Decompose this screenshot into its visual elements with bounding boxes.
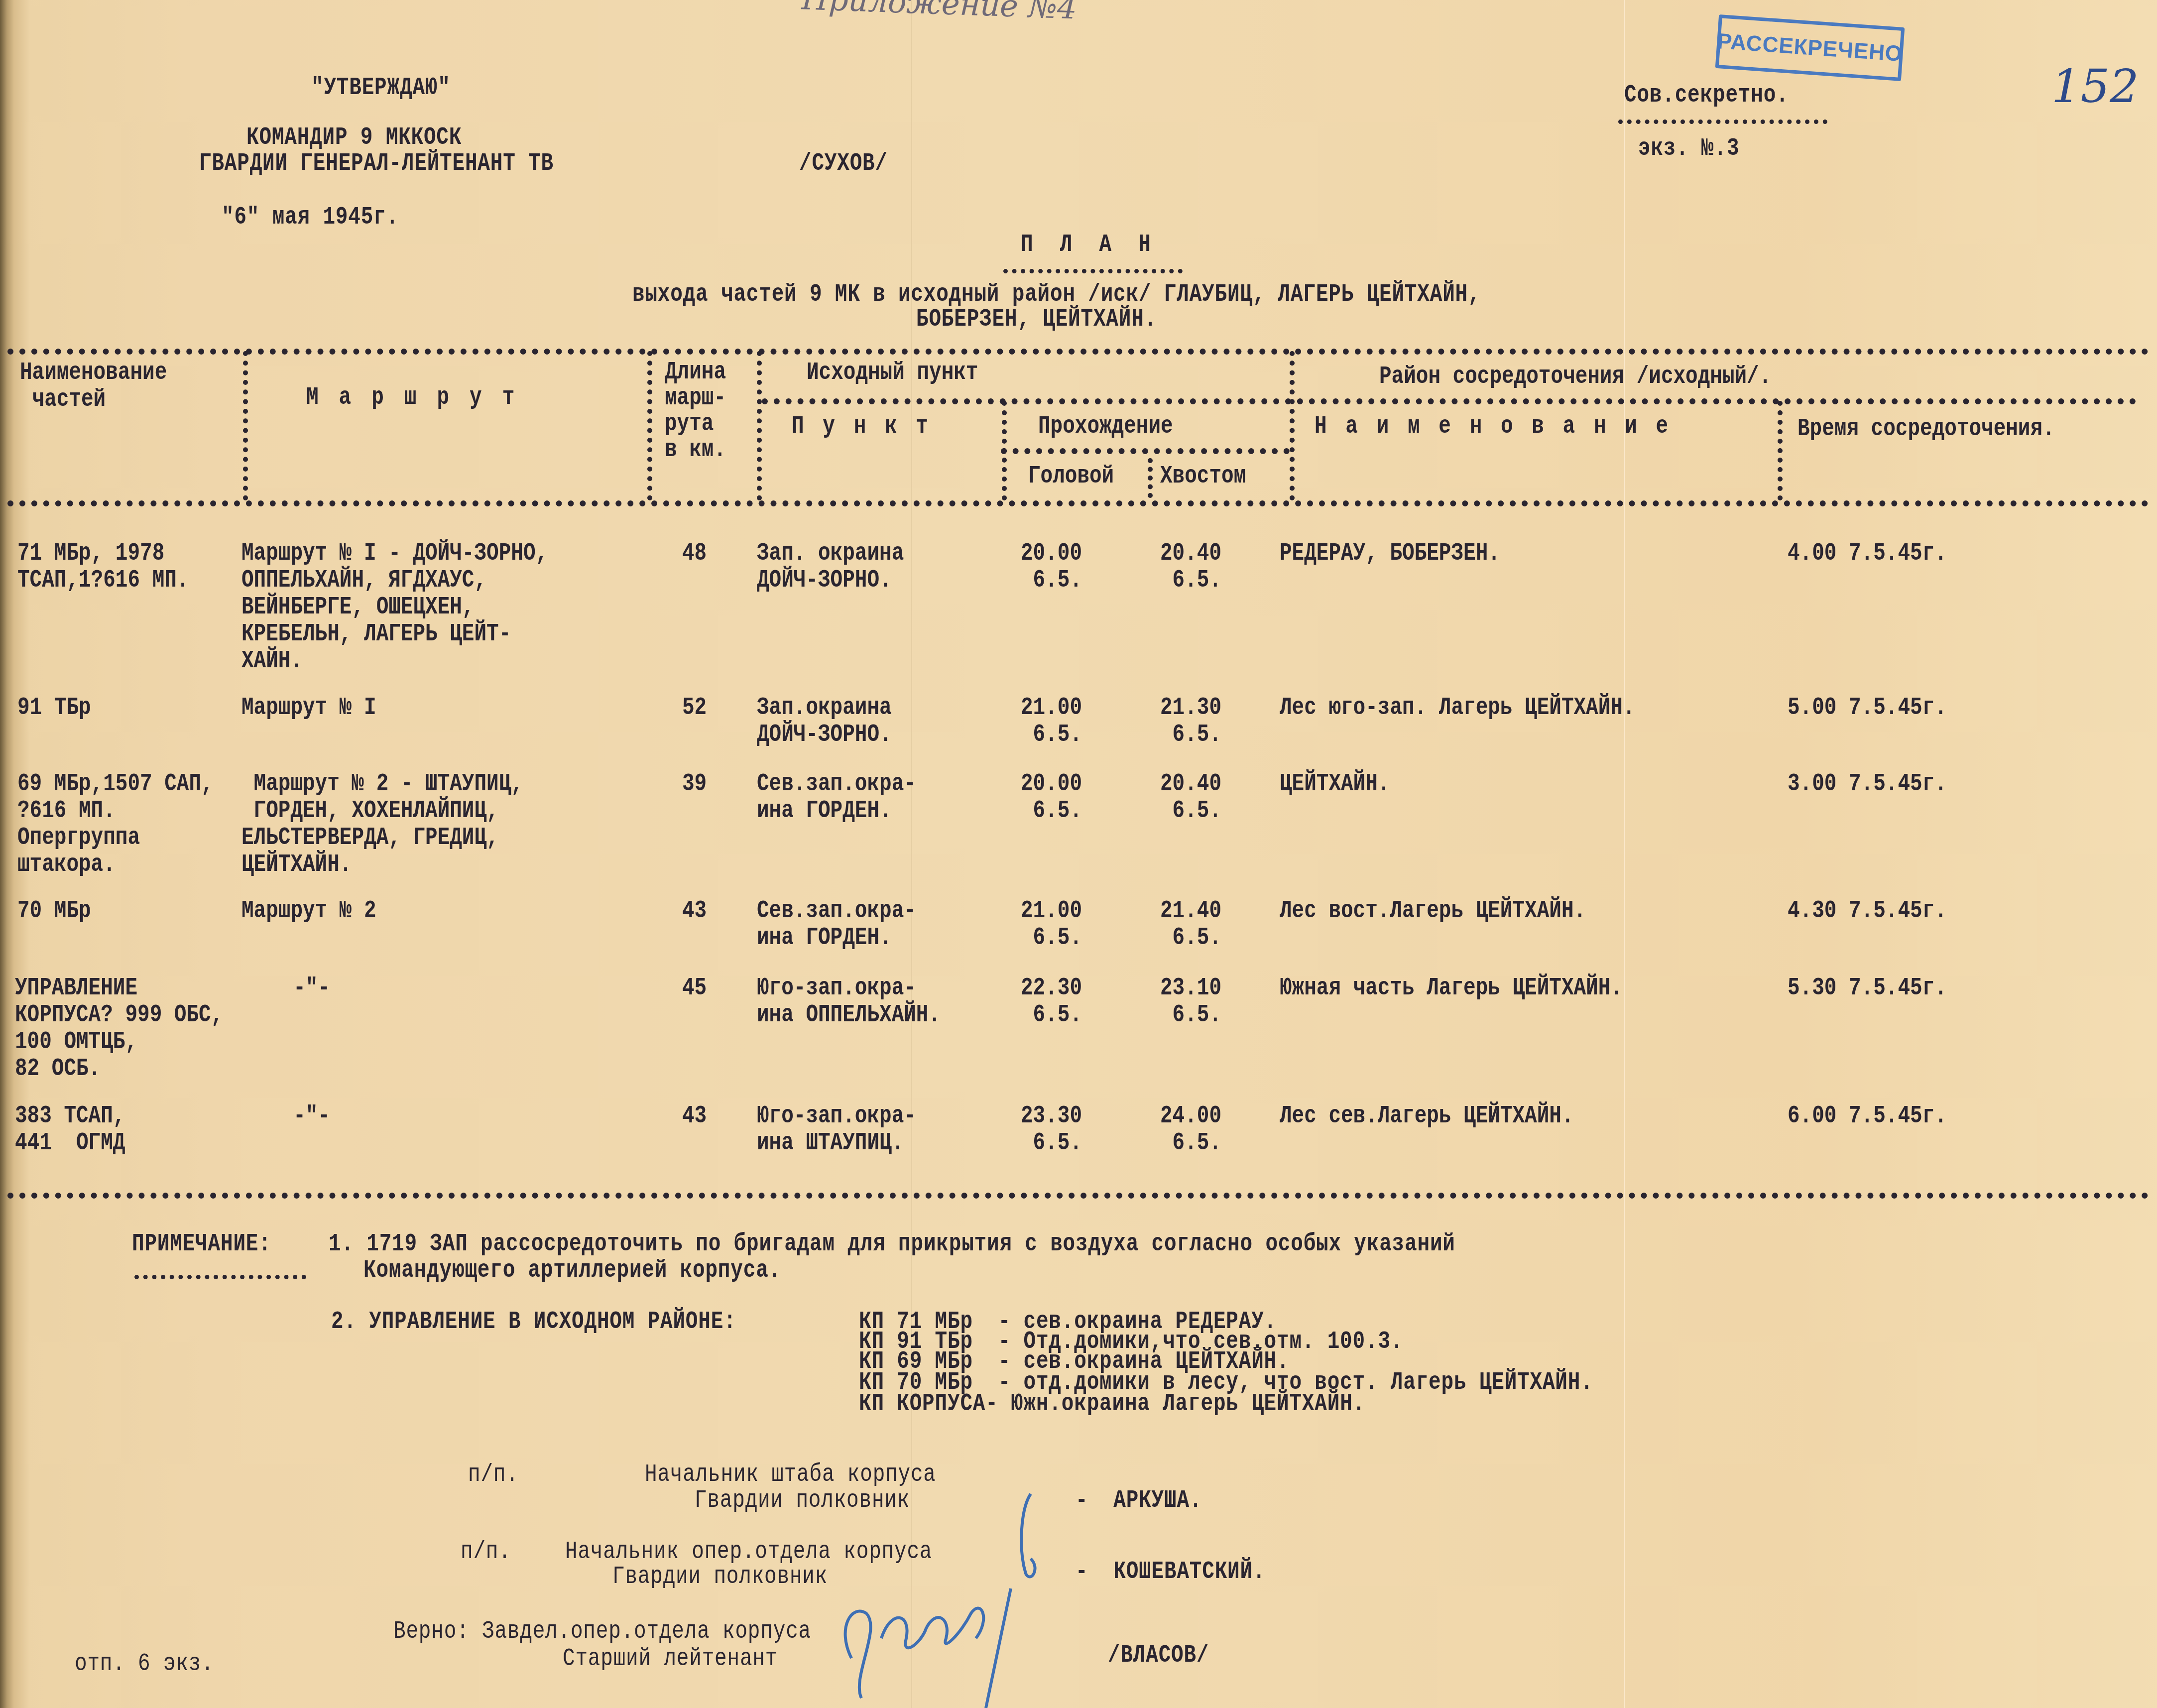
note-1-line2: Командующего артиллерией корпуса.: [363, 1257, 781, 1284]
column-divider: [1778, 401, 1783, 500]
cp-unit: КП КОРПУСА-: [859, 1390, 998, 1418]
row-start-point: Юго-зап.окра- ина ОППЕЛЬХАЙН.: [757, 975, 941, 1029]
copies-note: отп. 6 экз.: [75, 1651, 214, 1678]
row-head-time: 21.00 6.5.: [1021, 898, 1082, 952]
notes-label: ПРИМЕЧАНИЕ:: [132, 1231, 271, 1258]
row-length: 39: [682, 771, 707, 798]
approval-signatory: /СУХОВ/: [799, 150, 888, 177]
cp-location: Южн.окраина Лагерь ЦЕЙТХАЙН.: [1011, 1390, 1365, 1418]
row-length: 52: [682, 695, 707, 722]
row-start-point: Сев.зап.окра- ина ГОРДЕН.: [757, 771, 916, 825]
row-length: 43: [682, 1103, 707, 1130]
row-area: РЕДЕРАУ, БОБЕРЗЕН.: [1280, 540, 1500, 567]
command-post-item: КП КОРПУСА- Южн.окраина Лагерь ЦЕЙТХАЙН.: [859, 1391, 1365, 1418]
row-tail-time: 21.40 6.5.: [1160, 898, 1221, 952]
table-top-border: [7, 349, 2149, 355]
header-point: П у н к т: [792, 413, 931, 440]
column-divider: [647, 351, 652, 500]
row-head-time: 21.00 6.5.: [1021, 695, 1082, 748]
title-underline: [1003, 269, 1183, 273]
row-tail-time: 24.00 6.5.: [1160, 1103, 1221, 1157]
column-divider: [1002, 401, 1007, 500]
sig2-title-line2: Гвардии полковник: [612, 1564, 828, 1590]
column-divider: [1290, 351, 1295, 500]
row-tail-time: 23.10 6.5.: [1160, 975, 1221, 1029]
header-area-name: Н а и м е н о в а н и е: [1315, 413, 1672, 440]
row-area: Лес вост.Лагерь ЦЕЙТХАЙН.: [1280, 898, 1586, 925]
document-title: П Л А Н: [1021, 232, 1158, 258]
row-route: Маршрут № I: [241, 695, 376, 722]
header-length: Длина марш- рута в км.: [665, 360, 726, 463]
sig1-per-procura: п/п.: [468, 1462, 519, 1488]
row-head-time: 23.30 6.5.: [1021, 1103, 1082, 1157]
row-units: 71 МБр, 1978 ТСАП,1?616 МП.: [17, 540, 189, 594]
header-start-point-group: Исходный пункт: [807, 360, 978, 386]
approval-line-rank: ГВАРДИИ ГЕНЕРАЛ-ЛЕЙТЕНАНТ ТВ: [199, 150, 554, 177]
approval-date: "6" мая 1945г.: [222, 204, 399, 231]
row-time: 3.00 7.5.45г.: [1788, 771, 1947, 798]
row-start-point: Зап. окраина ДОЙЧ-ЗОРНО.: [757, 540, 904, 594]
row-route: Маршрут № 2 - ШТАУПИЦ, ГОРДЕН, ХОХЕНЛАЙП…: [241, 771, 523, 878]
row-time: 4.00 7.5.45г.: [1788, 540, 1947, 567]
row-length: 43: [682, 898, 707, 925]
column-divider: [757, 351, 762, 500]
sig2-per-procura: п/п.: [461, 1539, 511, 1566]
row-route: -"-: [269, 1103, 330, 1130]
passage-subheader-divider: [1001, 448, 1290, 454]
copy-number: экз. №.3: [1638, 135, 1739, 162]
verify-title-line1: Верно: Завдел.опер.отдела корпуса: [393, 1618, 811, 1645]
header-units: Наименование частей: [20, 360, 167, 413]
row-time: 5.30 7.5.45г.: [1788, 975, 1947, 1002]
row-area: Лес юго-зап. Лагерь ЦЕЙТХАЙН.: [1280, 695, 1635, 722]
row-start-point: Юго-зап.окра- ина ШТАУПИЦ.: [757, 1103, 916, 1157]
page-number: 152: [2051, 60, 2139, 113]
row-units: 69 МБр,1507 САП, ?616 МП. Опергруппа шта…: [17, 771, 214, 878]
header-route: М а р ш р у т: [306, 384, 518, 411]
row-time: 6.00 7.5.45г.: [1788, 1103, 1947, 1130]
row-start-point: Сев.зап.окра- ина ГОРДЕН.: [757, 898, 916, 952]
approval-line-commander: КОМАНДИР 9 МККОСК: [246, 124, 462, 151]
paper-fold: [911, 0, 912, 1708]
verify-title-line2: Старший лейтенант: [563, 1646, 778, 1673]
row-route: Маршрут № 2: [241, 898, 376, 925]
row-route: Маршрут № I - ДОЙЧ-ЗОРНО, ОППЕЛЬХАЙН, ЯГ…: [241, 540, 548, 675]
approval-heading: "УТВЕРЖДАЮ": [311, 75, 451, 102]
row-area: Лес сев.Лагерь ЦЕЙТХАЙН.: [1280, 1103, 1574, 1130]
row-tail-time: 20.40 6.5.: [1160, 771, 1221, 825]
row-tail-time: 20.40 6.5.: [1160, 540, 1221, 594]
row-length: 45: [682, 975, 707, 1002]
row-area: ЦЕЙТХАЙН.: [1280, 771, 1390, 798]
row-area: Южная часть Лагерь ЦЕЙТХАЙН.: [1280, 975, 1623, 1002]
classification-label: Сов.секретно.: [1624, 82, 1789, 109]
handwritten-signature-icon: [822, 1489, 1120, 1708]
row-head-time: 22.30 6.5.: [1021, 975, 1082, 1029]
row-time: 4.30 7.5.45г.: [1788, 898, 1947, 925]
notes-label-underline: [134, 1275, 306, 1279]
row-head-time: 20.00 6.5.: [1021, 771, 1082, 825]
note-2-label: 2. УПРАВЛЕНИЕ В ИСХОДНОМ РАЙОНЕ:: [331, 1309, 736, 1336]
column-divider: [1148, 458, 1153, 498]
row-units: 91 ТБр: [17, 695, 91, 722]
table-bottom-border: [7, 1193, 2149, 1199]
row-start-point: Зап.окраина ДОЙЧ-ЗОРНО.: [757, 695, 892, 748]
header-group-divider: [762, 398, 2136, 404]
paper-fold: [1624, 0, 1625, 1708]
header-concentration-group: Район сосредоточения /исходный/.: [1379, 364, 1771, 390]
row-time: 5.00 7.5.45г.: [1788, 695, 1947, 722]
header-passage: Прохождение: [1038, 413, 1173, 440]
header-tail: Хвостом: [1160, 463, 1246, 490]
row-units: УПРАВЛЕНИЕ КОРПУСА? 999 ОБС, 100 ОМТЦБ, …: [15, 975, 223, 1083]
note-1-line1: 1. 1719 ЗАП рассосредоточить по бригадам…: [329, 1231, 1455, 1258]
row-units: 383 ТСАП, 441 ОГМД: [15, 1103, 125, 1157]
header-bottom-border: [7, 500, 2149, 506]
header-concentration-time: Время сосредоточения.: [1797, 416, 2055, 443]
row-route: -"-: [269, 975, 330, 1002]
header-head: Головой: [1028, 463, 1114, 490]
document-subtitle-line1: выхода частей 9 МК в исходный район /иск…: [632, 281, 1480, 308]
row-head-time: 20.00 6.5.: [1021, 540, 1082, 594]
column-divider: [243, 351, 248, 500]
row-units: 70 МБр: [17, 898, 91, 925]
row-tail-time: 21.30 6.5.: [1160, 695, 1221, 748]
classification-underline: [1618, 120, 1827, 124]
verify-name: /ВЛАСОВ/: [1108, 1642, 1209, 1669]
document-subtitle-line2: БОБЕРЗЕН, ЦЕЙТХАЙН.: [916, 306, 1157, 333]
row-length: 48: [682, 540, 707, 567]
sig1-title-line1: Начальник штаба корпуса: [645, 1462, 936, 1488]
